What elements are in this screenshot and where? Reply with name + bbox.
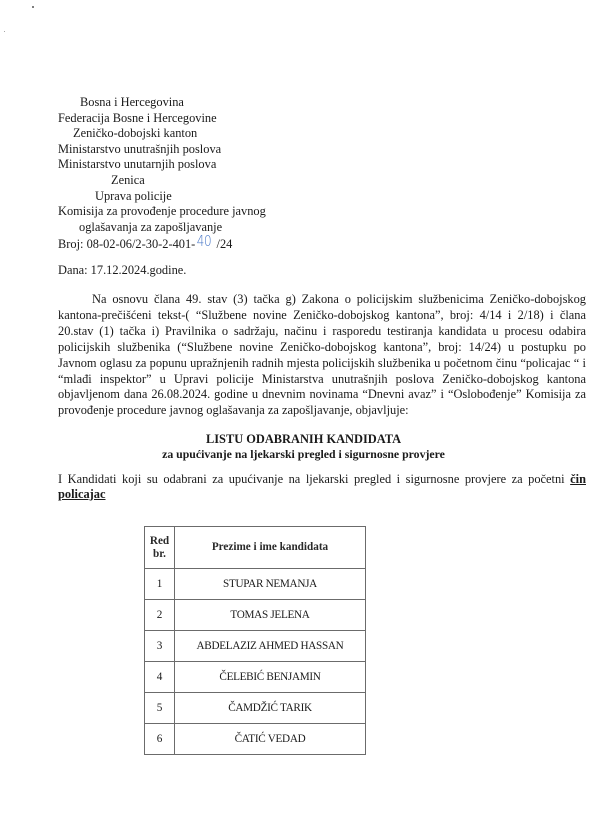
letterhead-ministry-alt: Ministarstvo unutarnjih poslova bbox=[58, 157, 266, 173]
category-intro: I Kandidati koji su odabrani za upućivan… bbox=[58, 472, 586, 502]
scan-speck bbox=[4, 31, 5, 32]
candidate-name: TOMAS JELENA bbox=[175, 600, 366, 631]
candidate-name: ABDELAZIZ AHMED HASSAN bbox=[175, 631, 366, 662]
table-row: 1STUPAR NEMANJA bbox=[145, 569, 366, 600]
list-subtitle: za upućivanje na ljekarski pregled i sig… bbox=[0, 447, 607, 462]
letterhead-ministry: Ministarstvo unutrašnjih poslova bbox=[58, 142, 266, 158]
table-row: 3ABDELAZIZ AHMED HASSAN bbox=[145, 631, 366, 662]
column-header-number: Red br. bbox=[145, 527, 175, 569]
table-row: 2TOMAS JELENA bbox=[145, 600, 366, 631]
table-header-row: Red br. Prezime i ime kandidata bbox=[145, 527, 366, 569]
letterhead-commission-cont: oglašavanja za zapošljavanje bbox=[58, 220, 266, 236]
candidate-name: ČATIĆ VEDAD bbox=[175, 724, 366, 755]
document-date: Dana: 17.12.2024.godine. bbox=[58, 263, 186, 278]
candidates-table: Red br. Prezime i ime kandidata 1STUPAR … bbox=[144, 526, 366, 755]
list-title: LISTU ODABRANIH KANDIDATA bbox=[0, 432, 607, 447]
legal-basis-text: Na osnovu člana 49. stav (3) tačka g) Za… bbox=[58, 292, 586, 417]
letterhead-federation: Federacija Bosne i Hercegovine bbox=[58, 111, 266, 127]
legal-basis-paragraph: Na osnovu člana 49. stav (3) tačka g) Za… bbox=[58, 292, 586, 419]
letterhead-country: Bosna i Hercegovina bbox=[58, 95, 266, 111]
reference-prefix: Broj: 08-02-06/2-30-2-401- bbox=[58, 237, 195, 251]
row-number: 2 bbox=[145, 600, 175, 631]
letterhead-city: Zenica bbox=[58, 173, 266, 189]
handwritten-number: 40 bbox=[197, 232, 211, 250]
list-heading: LISTU ODABRANIH KANDIDATA za upućivanje … bbox=[0, 432, 607, 461]
reference-number: Broj: 08-02-06/2-30-2-401-40 /24 bbox=[58, 234, 232, 252]
table-row: 5ČAMDŽIĆ TARIK bbox=[145, 693, 366, 724]
letterhead-canton: Zeničko-dobojski kanton bbox=[58, 126, 266, 142]
row-number: 5 bbox=[145, 693, 175, 724]
category-intro-text: I Kandidati koji su odabrani za upućivan… bbox=[58, 472, 570, 486]
scan-speck bbox=[32, 6, 34, 8]
candidate-name: ČELEBIĆ BENJAMIN bbox=[175, 662, 366, 693]
candidate-name: STUPAR NEMANJA bbox=[175, 569, 366, 600]
table-row: 6ČATIĆ VEDAD bbox=[145, 724, 366, 755]
column-header-number-line2: br. bbox=[153, 548, 166, 560]
letterhead-police-admin: Uprava policije bbox=[58, 189, 266, 205]
table-row: 4ČELEBIĆ BENJAMIN bbox=[145, 662, 366, 693]
candidate-name: ČAMDŽIĆ TARIK bbox=[175, 693, 366, 724]
row-number: 3 bbox=[145, 631, 175, 662]
row-number: 1 bbox=[145, 569, 175, 600]
row-number: 6 bbox=[145, 724, 175, 755]
letterhead: Bosna i Hercegovina Federacija Bosne i H… bbox=[58, 95, 266, 235]
letterhead-commission: Komisija za provođenje procedure javnog bbox=[58, 204, 266, 220]
row-number: 4 bbox=[145, 662, 175, 693]
reference-suffix: /24 bbox=[213, 237, 232, 251]
table-body: 1STUPAR NEMANJA2TOMAS JELENA3ABDELAZIZ A… bbox=[145, 569, 366, 755]
column-header-name: Prezime i ime kandidata bbox=[175, 527, 366, 569]
column-header-number-line1: Red bbox=[150, 535, 169, 547]
